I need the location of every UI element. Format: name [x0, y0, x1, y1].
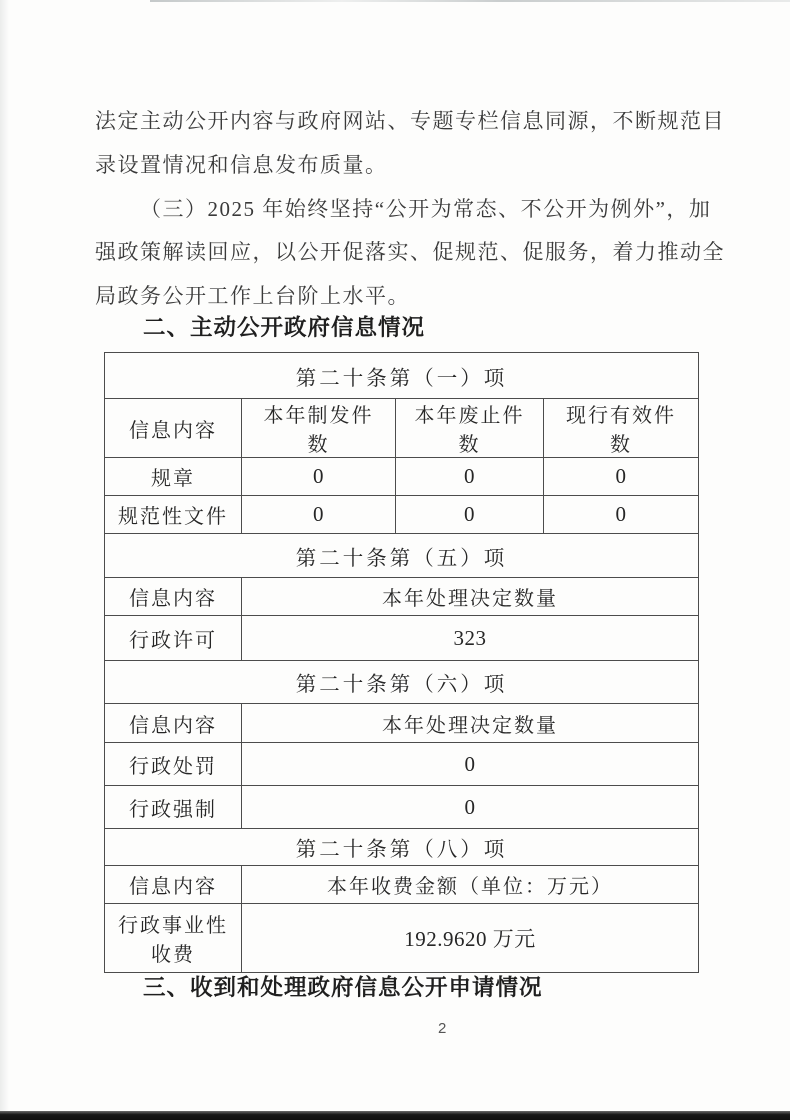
paragraph-line: 强政策解读回应，以公开促落实、促规范、促服务，着力推动全: [95, 231, 720, 275]
section-title-article20-item5: 第二十条第（五）项: [105, 534, 699, 578]
cell-value: 192.9620 万元: [242, 904, 699, 973]
scan-artifact-left-edge: [0, 0, 9, 1120]
table-row: 规范性文件 0 0 0: [105, 496, 699, 534]
section-heading-proactive-disclosure: 二、主动公开政府信息情况: [143, 310, 425, 342]
cell-value: 0: [396, 458, 544, 496]
column-header: 信息内容: [105, 866, 242, 904]
section-heading-requests-received: 三、收到和处理政府信息公开申请情况: [143, 970, 543, 1002]
table-header-row: 信息内容 本年制发件数 本年废止件数 现行有效件数: [105, 399, 699, 458]
body-paragraphs: 法定主动公开内容与政府网站、专题专栏信息同源，不断规范目 录设置情况和信息发布质…: [95, 100, 720, 319]
table-row: 行政强制 0: [105, 786, 699, 829]
section-title-article20-item1: 第二十条第（一）项: [105, 353, 699, 399]
cell-value: 0: [242, 743, 699, 786]
table-header-row: 信息内容 本年处理决定数量: [105, 704, 699, 743]
cell-value: 0: [242, 496, 396, 534]
section-title-article20-item8: 第二十条第（八）项: [105, 829, 699, 866]
column-header: 本年收费金额（单位：万元）: [242, 866, 699, 904]
row-label: 行政强制: [105, 786, 242, 829]
cell-value: 0: [242, 786, 699, 829]
disclosure-statistics-table: 第二十条第（一）项 信息内容 本年制发件数 本年废止件数 现行有效件数 规章 0…: [104, 352, 699, 973]
column-header: 信息内容: [105, 578, 242, 616]
paragraph-line: （三）2025 年始终坚持“公开为常态、不公开为例外”，加: [95, 188, 720, 232]
page-number: 2: [438, 1020, 446, 1037]
column-header: 信息内容: [105, 704, 242, 743]
table-row: 规章 0 0 0: [105, 458, 699, 496]
scanned-report-page: 法定主动公开内容与政府网站、专题专栏信息同源，不断规范目 录设置情况和信息发布质…: [0, 0, 790, 1120]
cell-value: 0: [544, 458, 699, 496]
section-title-article20-item6: 第二十条第（六）项: [105, 661, 699, 704]
cell-value: 0: [242, 458, 396, 496]
table-section-title-row: 第二十条第（一）项: [105, 353, 699, 399]
column-header: 本年废止件数: [396, 399, 544, 458]
column-header: 本年处理决定数量: [242, 704, 699, 743]
cell-value: 0: [396, 496, 544, 534]
column-header: 本年制发件数: [242, 399, 396, 458]
table-header-row: 信息内容 本年处理决定数量: [105, 578, 699, 616]
column-header: 本年处理决定数量: [242, 578, 699, 616]
cell-value: 0: [544, 496, 699, 534]
row-label: 行政许可: [105, 616, 242, 661]
cell-value: 323: [242, 616, 699, 661]
column-header: 现行有效件数: [544, 399, 699, 458]
row-label: 规章: [105, 458, 242, 496]
scan-artifact-bottom-band: [0, 1111, 790, 1120]
table-row: 行政处罚 0: [105, 743, 699, 786]
column-header: 信息内容: [105, 399, 242, 458]
table-section-title-row: 第二十条第（六）项: [105, 661, 699, 704]
scan-artifact-top-edge: [150, 0, 790, 2]
table-row: 行政许可 323: [105, 616, 699, 661]
paragraph-line: 录设置情况和信息发布质量。: [95, 144, 720, 188]
table-header-row: 信息内容 本年收费金额（单位：万元）: [105, 866, 699, 904]
paragraph-line: 法定主动公开内容与政府网站、专题专栏信息同源，不断规范目: [95, 100, 720, 144]
row-label: 规范性文件: [105, 496, 242, 534]
row-label: 行政处罚: [105, 743, 242, 786]
row-label: 行政事业性收费: [105, 904, 242, 973]
table-row: 行政事业性收费 192.9620 万元: [105, 904, 699, 973]
table-section-title-row: 第二十条第（五）项: [105, 534, 699, 578]
table-section-title-row: 第二十条第（八）项: [105, 829, 699, 866]
